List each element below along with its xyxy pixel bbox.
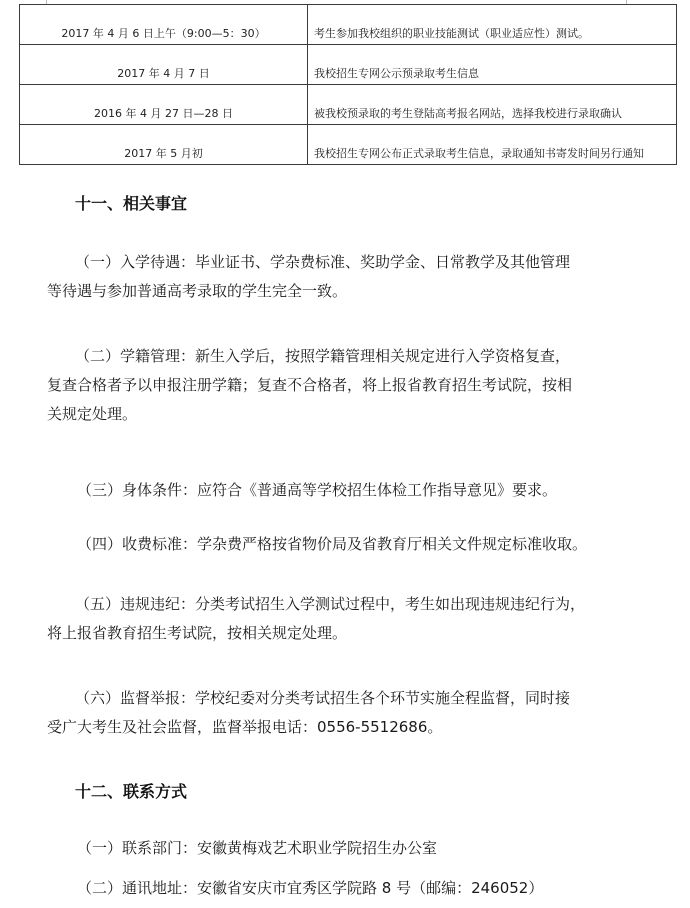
- schedule-date-cell: 2017 年 4 月 6 日上午（9:00—5：30）: [20, 5, 308, 45]
- schedule-date-cell: 2017 年 4 月 7 日: [20, 45, 308, 85]
- schedule-event-cell: 被我校预录取的考生登陆高考报名网站，选择我校进行录取确认: [308, 85, 677, 125]
- paragraph-admission-benefits: （一）入学待遇：毕业证书、学杂费标准、奖助学金、日常教学及其他管理 等待遇与参加…: [47, 248, 647, 306]
- paragraph-enrollment-management: （二）学籍管理：新生入学后，按照学籍管理相关规定进行入学资格复查， 复查合格者予…: [47, 342, 647, 429]
- schedule-event-cell: 考生参加我校组织的职业技能测试（职业适应性）测试。: [308, 5, 677, 45]
- paragraph-discipline-violations: （五）违规违纪：分类考试招生入学测试过程中，考生如出现违规违纪行为， 将上报省教…: [47, 590, 647, 648]
- paragraph-line: （一）入学待遇：毕业证书、学杂费标准、奖助学金、日常教学及其他管理: [47, 248, 647, 277]
- table-row: 2016 年 4 月 27 日—28 日 被我校预录取的考生登陆高考报名网站，选…: [20, 85, 677, 125]
- paragraph-line: （一）联系部门：安徽黄梅戏艺术职业学院招生办公室: [47, 834, 647, 863]
- schedule-date-cell: 2017 年 5 月初: [20, 125, 308, 165]
- table-row: 2017 年 5 月初 我校招生专网公布正式录取考生信息，录取通知书寄发时间另行…: [20, 125, 677, 165]
- paragraph-physical-requirements: （三）身体条件：应符合《普通高等学校招生体检工作指导意见》要求。: [47, 476, 647, 505]
- paragraph-line: 等待遇与参加普通高考录取的学生完全一致。: [47, 277, 647, 306]
- schedule-date-cell: 2016 年 4 月 27 日—28 日: [20, 85, 308, 125]
- paragraph-contact-department: （一）联系部门：安徽黄梅戏艺术职业学院招生办公室: [47, 834, 647, 863]
- paragraph-line: 复查合格者予以申报注册学籍；复查不合格者，将上报省教育招生考试院，按相: [47, 371, 647, 400]
- paragraph-line: 受广大考生及社会监督，监督举报电话：0556-5512686。: [47, 713, 647, 742]
- schedule-event-cell: 我校招生专网公示预录取考生信息: [308, 45, 677, 85]
- paragraph-mailing-address: （二）通讯地址：安徽省安庆市宜秀区学院路 8 号（邮编：246052）: [47, 874, 647, 903]
- paragraph-line: 将上报省教育招生考试院，按相关规定处理。: [47, 619, 647, 648]
- paragraph-line: （三）身体条件：应符合《普通高等学校招生体检工作指导意见》要求。: [47, 476, 647, 505]
- section-12-heading: 十二、联系方式: [75, 782, 187, 802]
- table-row: 2017 年 4 月 6 日上午（9:00—5：30） 考生参加我校组织的职业技…: [20, 5, 677, 45]
- paragraph-line: （五）违规违纪：分类考试招生入学测试过程中，考生如出现违规违纪行为，: [47, 590, 647, 619]
- paragraph-line: （二）学籍管理：新生入学后，按照学籍管理相关规定进行入学资格复查，: [47, 342, 647, 371]
- paragraph-line: 关规定处理。: [47, 400, 647, 429]
- paragraph-line: （二）通讯地址：安徽省安庆市宜秀区学院路 8 号（邮编：246052）: [47, 874, 647, 903]
- schedule-event-cell: 我校招生专网公布正式录取考生信息，录取通知书寄发时间另行通知: [308, 125, 677, 165]
- table-row: 2017 年 4 月 7 日 我校招生专网公示预录取考生信息: [20, 45, 677, 85]
- paragraph-line: （六）监督举报：学校纪委对分类考试招生各个环节实施全程监督，同时接: [47, 684, 647, 713]
- paragraph-supervision-report: （六）监督举报：学校纪委对分类考试招生各个环节实施全程监督，同时接 受广大考生及…: [47, 684, 647, 742]
- paragraph-fee-standards: （四）收费标准：学杂费严格按省物价局及省教育厅相关文件规定标准收取。: [47, 530, 647, 559]
- admission-schedule-table: 2017 年 4 月 6 日上午（9:00—5：30） 考生参加我校组织的职业技…: [19, 4, 677, 165]
- paragraph-line: （四）收费标准：学杂费严格按省物价局及省教育厅相关文件规定标准收取。: [47, 530, 647, 559]
- section-11-heading: 十一、相关事宜: [75, 194, 187, 214]
